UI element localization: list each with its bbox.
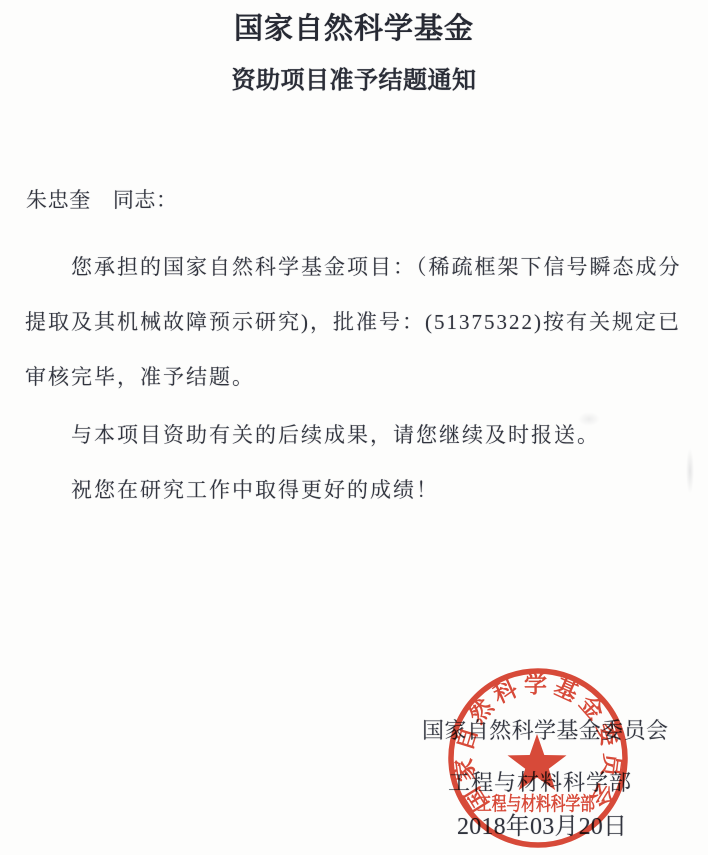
scanned-letter-page: 国家自然科学基金 资助项目准予结题通知 朱忠奎同志： 您承担的国家自然科学基金项… — [0, 0, 708, 855]
official-seal: 国家自然科学基金委员会 工程与材料科学部 — [438, 658, 638, 855]
body-line-1: 您承担的国家自然科学基金项目：（稀疏框架下信号瞬态成分 — [71, 251, 682, 281]
body-line-3: 审核完毕，准予结题。 — [25, 361, 255, 391]
seal-dept-text: 工程与材料科学部 — [477, 792, 595, 815]
letter-subtitle: 资助项目准予结题通知 — [0, 60, 708, 95]
salutation-suffix: 同志： — [113, 188, 178, 212]
recipient-name: 朱忠奎 — [26, 188, 91, 212]
star-icon — [508, 734, 567, 790]
body-line-2: 提取及其机械故障预示研究)，批准号：(51375322)按有关规定已 — [25, 306, 681, 336]
salutation: 朱忠奎同志： — [26, 184, 178, 214]
scan-smudge — [686, 448, 694, 494]
letter-title: 国家自然科学基金 — [0, 6, 708, 47]
body-line-4: 与本项目资助有关的后续成果，请您继续及时报送。 — [71, 419, 600, 449]
body-line-5: 祝您在研究工作中取得更好的成绩！ — [71, 474, 439, 504]
